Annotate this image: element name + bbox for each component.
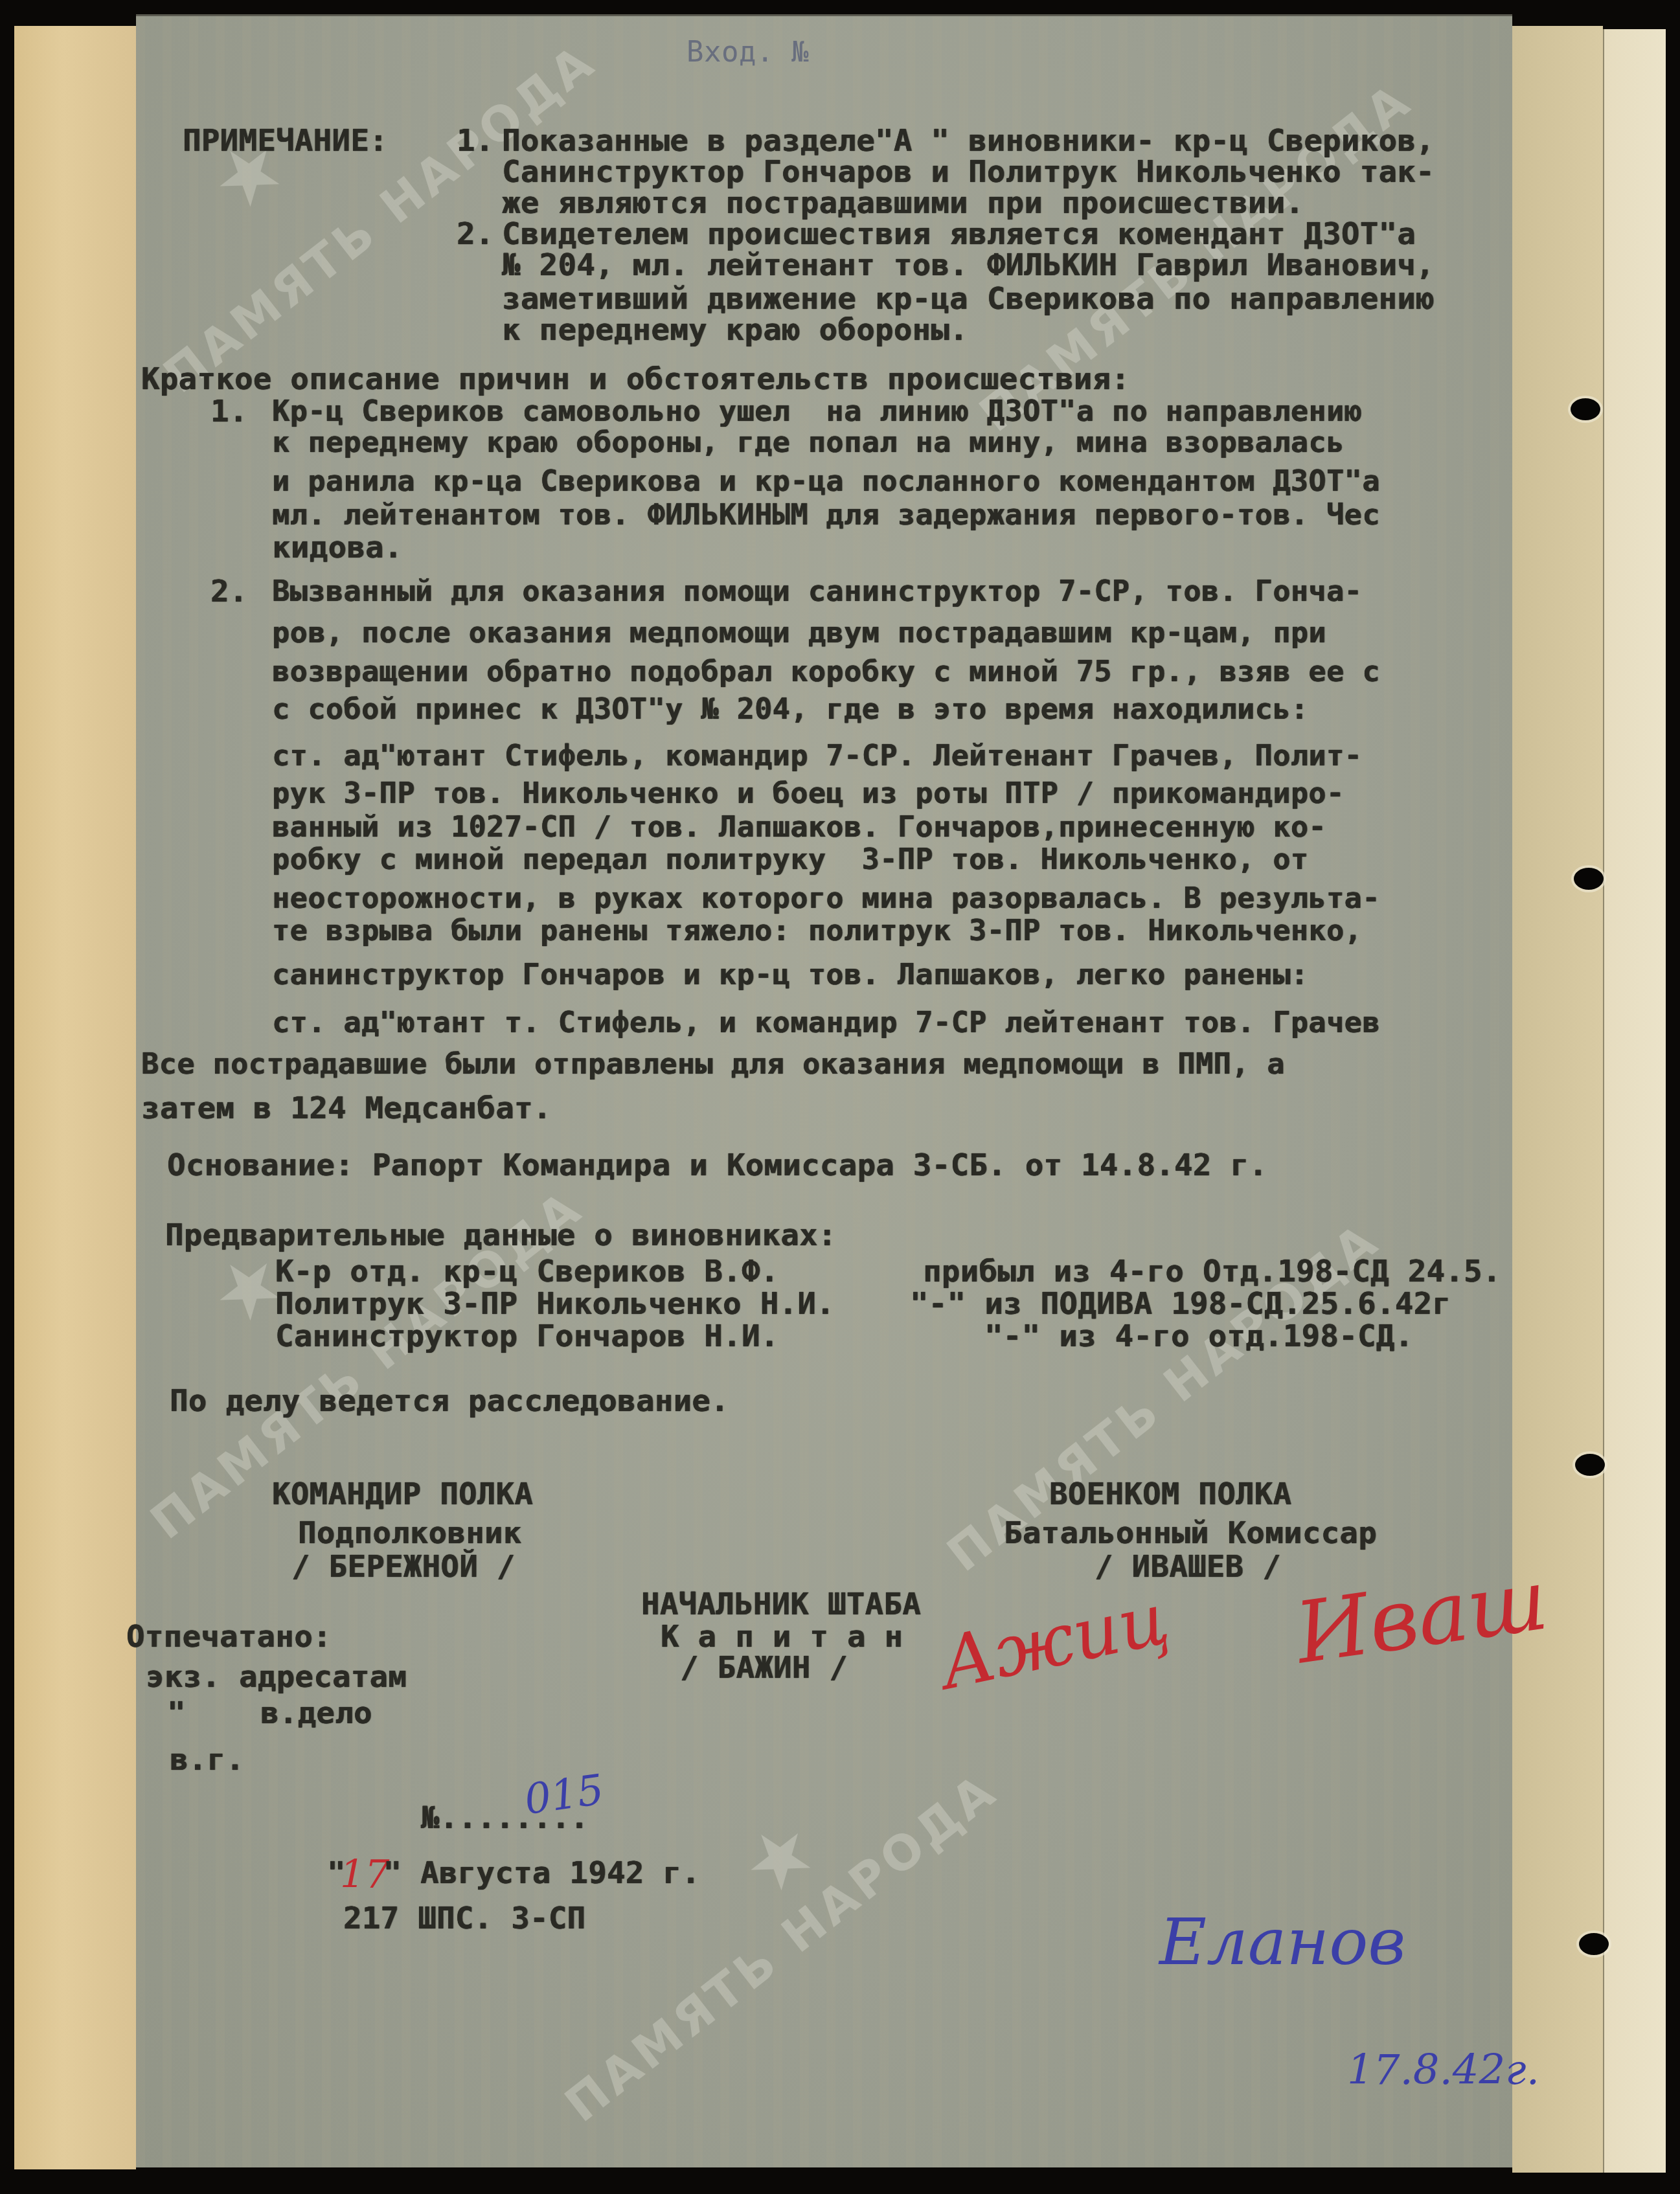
- basis-line: Основание: Рапорт Командира и Комиссара …: [167, 1148, 1267, 1183]
- printed-label: Отпечатано:: [126, 1619, 332, 1655]
- description-line: робку с миной передал политруку 3-ПР тов…: [272, 842, 1308, 876]
- incoming-stamp: Вход. №: [687, 36, 809, 69]
- description-line: ст. ад"ютант т. Стифель, и командир 7-СР…: [272, 1005, 1380, 1039]
- chief-of-staff-rank: К а п и т а н: [661, 1619, 903, 1655]
- note-line: Свидетелем происшествия является коменда…: [502, 216, 1416, 252]
- description-closing-line: Все пострадавшие были отправлены для ока…: [141, 1046, 1285, 1081]
- culprit-person: Санинструктор Гончаров Н.И.: [275, 1318, 779, 1354]
- description-line: санинструктор Гончаров и кр-ц тов. Лапша…: [272, 957, 1308, 991]
- description-heading: Краткое описание причин и обстоятельств …: [141, 361, 1129, 397]
- description-line: к переднему краю обороны, где попал на м…: [272, 425, 1345, 459]
- binding-hole: [1579, 1933, 1609, 1955]
- description-item-number: 2.: [210, 574, 248, 609]
- scanned-document: ПАМЯТЬ НАРОДА ★ ПАМЯТЬ НАРОДА ПАМЯТЬ НАР…: [0, 0, 1680, 2194]
- description-line: с собой принес к ДЗОТ"у № 204, где в это…: [272, 692, 1308, 726]
- culprits-heading: Предварительные данные о виновниках:: [165, 1217, 837, 1253]
- note-line: Санинструктор Гончаров и Политрук Николь…: [502, 154, 1435, 190]
- note-line: Показанные в разделе"А " виновники- кр-ц…: [502, 123, 1435, 159]
- note-item-number: 1.: [457, 123, 494, 159]
- reg-unit: 217 ШПС. 3-СП: [343, 1901, 585, 1936]
- description-line: те взрыва были ранены тяжело: политрук 3…: [272, 913, 1362, 947]
- printed-line: " в.дело: [167, 1695, 372, 1731]
- description-line: мл. лейтенантом тов. ФИЛЬКИНЫМ для задер…: [272, 497, 1380, 532]
- description-item-number: 1.: [210, 394, 248, 429]
- culprit-person: К-р отд. кр-ц Свериков В.Ф.: [275, 1254, 779, 1289]
- description-line: Вызванный для оказания помощи санинструк…: [272, 574, 1362, 608]
- description-line: рук 3-ПР тов. Никольченко и боец из роты…: [272, 776, 1345, 810]
- receipt-date: 17.8.42г.: [1347, 2046, 1539, 2094]
- commissar-title: ВОЕНКОМ ПОЛКА: [1049, 1476, 1291, 1512]
- binding-hole: [1571, 398, 1600, 420]
- description-line: Кр-ц Свериков самовольно ушел на линию Д…: [272, 394, 1362, 428]
- description-closing-line: затем в 124 Медсанбат.: [141, 1091, 552, 1126]
- note-item-number: 2.: [457, 216, 494, 252]
- chief-of-staff-name: / БАЖИН /: [680, 1650, 848, 1686]
- note-line: же являются пострадавшими при происшеств…: [502, 185, 1304, 221]
- culprit-person: Политрук 3-ПР Никольченко Н.И.: [275, 1286, 835, 1322]
- culprit-origin: "-" из ПОДИВА 198-СД.25.6.42г: [910, 1286, 1451, 1322]
- commissar-name: / ИВАШЕВ /: [1095, 1549, 1281, 1585]
- description-line: ров, после оказания медпомощи двум постр…: [272, 615, 1326, 650]
- description-line: ст. ад"ютант Стифель, командир 7-СР. Лей…: [272, 738, 1362, 773]
- typist-initials: в.г.: [170, 1742, 244, 1778]
- commander-title: КОМАНДИР ПОЛКА: [272, 1476, 533, 1512]
- investigation-note: По делу ведется расследование.: [170, 1383, 729, 1419]
- commander-rank: Подполковник: [298, 1515, 522, 1551]
- note-line: к переднему краю обороны.: [502, 312, 968, 348]
- chief-of-staff-title: НАЧАЛЬНИК ШТАБА: [641, 1587, 921, 1622]
- description-line: и ранила кр-ца Сверикова и кр-ца посланн…: [272, 464, 1380, 498]
- receipt-signature: Еланов: [1159, 1904, 1406, 1980]
- description-line: кидова.: [272, 530, 403, 565]
- description-line: неосторожности, в руках которого мина ра…: [272, 881, 1380, 915]
- printed-line: экз. адресатам: [146, 1659, 407, 1695]
- left-binding-strip: [14, 26, 136, 2169]
- description-line: возвращении обратно подобрал коробку с м…: [272, 654, 1380, 688]
- commissar-rank: Батальонный Комиссар: [1004, 1515, 1377, 1551]
- binding-hole: [1575, 1454, 1605, 1476]
- culprit-origin: "-" из 4-го отд.198-СД.: [984, 1318, 1413, 1354]
- note-line: № 204, мл. лейтенант тов. ФИЛЬКИН Гаврил…: [502, 247, 1435, 283]
- description-line: ванный из 1027-СП / тов. Лапшаков. Гонча…: [272, 809, 1326, 844]
- right-edge-strip: [1603, 29, 1666, 2173]
- commander-name: / БЕРЕЖНОЙ /: [291, 1549, 516, 1585]
- note-label: ПРИМЕЧАНИЕ:: [183, 123, 388, 159]
- reg-date: " " Августа 1942 г.: [327, 1855, 700, 1891]
- culprit-origin: прибыл из 4-го Отд.198-СД 24.5.: [923, 1254, 1501, 1289]
- note-line: заметивший движение кр-ца Сверикова по н…: [502, 281, 1435, 317]
- binding-hole: [1574, 868, 1604, 890]
- right-margin-strip: [1512, 26, 1603, 2173]
